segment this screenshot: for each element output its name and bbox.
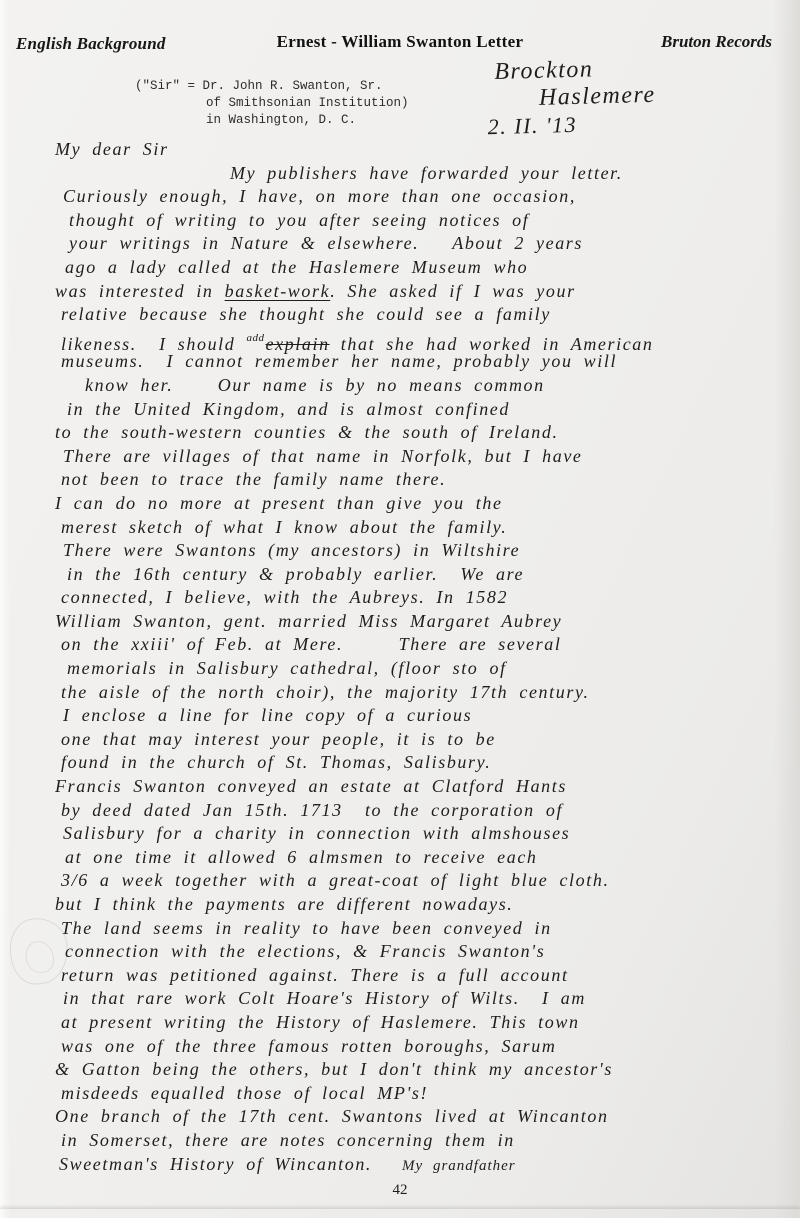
letter-line-text: by deed dated Jan 15th. 1713 to the corp… bbox=[61, 800, 563, 820]
typed-note-line-text: of Smithsonian Institution) bbox=[206, 96, 409, 110]
typed-annotation: ("Sir" = Dr. John R. Swanton, Sr.of Smit… bbox=[135, 78, 409, 129]
letter-line: The land seems in reality to have been c… bbox=[55, 917, 795, 941]
letter-line: Sweetman's History of Wincanton.My grand… bbox=[55, 1153, 795, 1177]
typed-note-line: ("Sir" = Dr. John R. Swanton, Sr. bbox=[135, 78, 409, 95]
letter-line: know her. Our name is by no means common bbox=[55, 374, 795, 398]
letter-line-text: ago a lady called at the Haslemere Museu… bbox=[65, 257, 528, 277]
handwritten-date-block: BrocktonHaslemere2. II. '13 bbox=[486, 55, 657, 140]
letter-line-text: . She asked if I was your bbox=[330, 281, 575, 301]
letter-line-text: return was petitioned against. There is … bbox=[61, 965, 569, 985]
date-line: 2. II. '13 bbox=[487, 109, 656, 140]
letter-line-text: merest sketch of what I know about the f… bbox=[61, 517, 507, 537]
letter-line: Salisbury for a charity in connection wi… bbox=[55, 822, 795, 846]
letter-line: & Gatton being the others, but I don't t… bbox=[55, 1058, 795, 1082]
letter-line: in Somerset, there are notes concerning … bbox=[55, 1129, 795, 1153]
letter-line-text: Curiously enough, I have, on more than o… bbox=[63, 186, 576, 206]
letter-line: I can do no more at present than give yo… bbox=[55, 492, 795, 516]
letter-line-text: at present writing the History of Haslem… bbox=[61, 1012, 580, 1032]
letter-line-text: but I think the payments are different n… bbox=[55, 894, 513, 914]
letter-line-underline-segment: basket-work bbox=[225, 281, 331, 301]
letter-line-text: the aisle of the north choir), the major… bbox=[61, 682, 590, 702]
letter-line-text: connection with the elections, & Francis… bbox=[65, 941, 545, 961]
letter-line-text: relative because she thought she could s… bbox=[61, 304, 551, 324]
letter-line-text: My dear Sir bbox=[55, 139, 169, 159]
letter-line-text: in the 16th century & probably earlier. … bbox=[67, 564, 524, 584]
letter-line: in the United Kingdom, and is almost con… bbox=[55, 398, 795, 422]
letter-line-text: I enclose a line for line copy of a curi… bbox=[63, 705, 472, 725]
letter-line: My dear Sir bbox=[55, 138, 795, 162]
typed-note-line: in Washington, D. C. bbox=[135, 112, 409, 129]
letter-line-text: misdeeds equalled those of local MP's! bbox=[61, 1083, 428, 1103]
letter-line: ago a lady called at the Haslemere Museu… bbox=[55, 256, 795, 280]
letter-line-text: was one of the three famous rotten borou… bbox=[61, 1036, 557, 1056]
letter-line: one that may interest your people, it is… bbox=[55, 728, 795, 752]
letter-line: thought of writing to you after seeing n… bbox=[55, 209, 795, 233]
date-line-text: Brockton bbox=[494, 56, 594, 85]
letter-line-text: connected, I believe, with the Aubreys. … bbox=[61, 587, 508, 607]
letter-line: I enclose a line for line copy of a curi… bbox=[55, 704, 795, 728]
letter-line: likeness. I should addexplain that she h… bbox=[55, 327, 795, 351]
letter-line: on the xxiii' of Feb. at Mere. There are… bbox=[55, 633, 795, 657]
letter-line: misdeeds equalled those of local MP's! bbox=[55, 1082, 795, 1106]
letter-line: One branch of the 17th cent. Swantons li… bbox=[55, 1105, 795, 1129]
letter-line-text: I can do no more at present than give yo… bbox=[55, 493, 503, 513]
letter-line: in the 16th century & probably earlier. … bbox=[55, 563, 795, 587]
letter-line: My publishers have forwarded your letter… bbox=[55, 162, 795, 186]
letter-line-shift-segment: My grandfather bbox=[402, 1158, 516, 1174]
letter-line: Francis Swanton conveyed an estate at Cl… bbox=[55, 775, 795, 799]
letter-line-text: your writings in Nature & elsewhere. Abo… bbox=[69, 233, 583, 253]
letter-line-text: The land seems in reality to have been c… bbox=[61, 918, 552, 938]
letter-line: was one of the three famous rotten borou… bbox=[55, 1035, 795, 1059]
letter-line-text: There are villages of that name in Norfo… bbox=[63, 446, 583, 466]
date-line-text: Haslemere bbox=[539, 82, 656, 111]
scan-edge-left bbox=[0, 0, 10, 1218]
letter-line-text: not been to trace the family name there. bbox=[61, 469, 446, 489]
letter-line-text: in the United Kingdom, and is almost con… bbox=[67, 399, 510, 419]
letter-line: return was petitioned against. There is … bbox=[55, 964, 795, 988]
letter-line-text: One branch of the 17th cent. Swantons li… bbox=[55, 1106, 609, 1126]
letter-line: by deed dated Jan 15th. 1713 to the corp… bbox=[55, 799, 795, 823]
letter-line-text: in Somerset, there are notes concerning … bbox=[61, 1130, 515, 1150]
letter-line-text: thought of writing to you after seeing n… bbox=[69, 210, 529, 230]
typed-note-line-text: ("Sir" = Dr. John R. Swanton, Sr. bbox=[135, 79, 383, 93]
letter-line: in that rare work Colt Hoare's History o… bbox=[55, 987, 795, 1011]
letter-line: There are villages of that name in Norfo… bbox=[55, 445, 795, 469]
letter-line-text: memorials in Salisbury cathedral, (floor… bbox=[67, 658, 507, 678]
letter-line-text: one that may interest your people, it is… bbox=[61, 729, 496, 749]
header-source-label: Bruton Records bbox=[661, 32, 772, 52]
letter-line: was interested in basket-work. She asked… bbox=[55, 280, 795, 304]
scanned-letter-page: English Background Ernest - William Swan… bbox=[0, 0, 800, 1218]
letter-line: connection with the elections, & Francis… bbox=[55, 940, 795, 964]
letter-line: Curiously enough, I have, on more than o… bbox=[55, 185, 795, 209]
letter-line-text: in that rare work Colt Hoare's History o… bbox=[63, 988, 586, 1008]
letter-line-text: on the xxiii' of Feb. at Mere. There are… bbox=[61, 634, 561, 654]
typed-note-line-text: in Washington, D. C. bbox=[206, 113, 356, 127]
letter-line: found in the church of St. Thomas, Salis… bbox=[55, 751, 795, 775]
letter-line: to the south-western counties & the sout… bbox=[55, 421, 795, 445]
letter-body: My dear SirMy publishers have forwarded … bbox=[55, 138, 795, 1176]
letter-line: connected, I believe, with the Aubreys. … bbox=[55, 586, 795, 610]
letter-line-text: Sweetman's History of Wincanton. bbox=[59, 1154, 372, 1174]
letter-line-text: 3/6 a week together with a great-coat of… bbox=[61, 870, 610, 890]
typed-note-line: of Smithsonian Institution) bbox=[135, 95, 409, 112]
letter-line-text: to the south-western counties & the sout… bbox=[55, 422, 559, 442]
letter-line: William Swanton, gent. married Miss Marg… bbox=[55, 610, 795, 634]
letter-line: not been to trace the family name there. bbox=[55, 468, 795, 492]
letter-line: at present writing the History of Haslem… bbox=[55, 1011, 795, 1035]
letter-line: the aisle of the north choir), the major… bbox=[55, 681, 795, 705]
date-line-text: 2. II. '13 bbox=[487, 112, 577, 139]
letter-line-text: William Swanton, gent. married Miss Marg… bbox=[55, 611, 562, 631]
letter-line-text: Francis Swanton conveyed an estate at Cl… bbox=[55, 776, 567, 796]
letter-line: relative because she thought she could s… bbox=[55, 303, 795, 327]
letter-line-text: Salisbury for a charity in connection wi… bbox=[63, 823, 570, 843]
letter-line-text: found in the church of St. Thomas, Salis… bbox=[61, 752, 491, 772]
letter-line-text: at one time it allowed 6 almsmen to rece… bbox=[65, 847, 538, 867]
letter-line-text: was interested in bbox=[55, 281, 225, 301]
page-number: 42 bbox=[0, 1182, 800, 1199]
letter-line-text: There were Swantons (my ancestors) in Wi… bbox=[63, 540, 520, 560]
letter-line: 3/6 a week together with a great-coat of… bbox=[55, 869, 795, 893]
letter-line: merest sketch of what I know about the f… bbox=[55, 516, 795, 540]
letter-line-text: & Gatton being the others, but I don't t… bbox=[55, 1059, 613, 1079]
letter-line: at one time it allowed 6 almsmen to rece… bbox=[55, 846, 795, 870]
letter-line-text: know her. Our name is by no means common bbox=[85, 375, 545, 395]
letter-line: your writings in Nature & elsewhere. Abo… bbox=[55, 232, 795, 256]
letter-line: memorials in Salisbury cathedral, (floor… bbox=[55, 657, 795, 681]
letter-line-text: museums. I cannot remember her name, pro… bbox=[61, 351, 617, 371]
letter-line: There were Swantons (my ancestors) in Wi… bbox=[55, 539, 795, 563]
letter-line-sup-segment: add bbox=[246, 332, 264, 344]
letter-line: but I think the payments are different n… bbox=[55, 893, 795, 917]
date-line: Haslemere bbox=[487, 82, 656, 113]
letter-line: museums. I cannot remember her name, pro… bbox=[55, 350, 795, 374]
letter-line-text: My publishers have forwarded your letter… bbox=[230, 163, 623, 183]
scan-edge-shadow bbox=[0, 1209, 800, 1218]
